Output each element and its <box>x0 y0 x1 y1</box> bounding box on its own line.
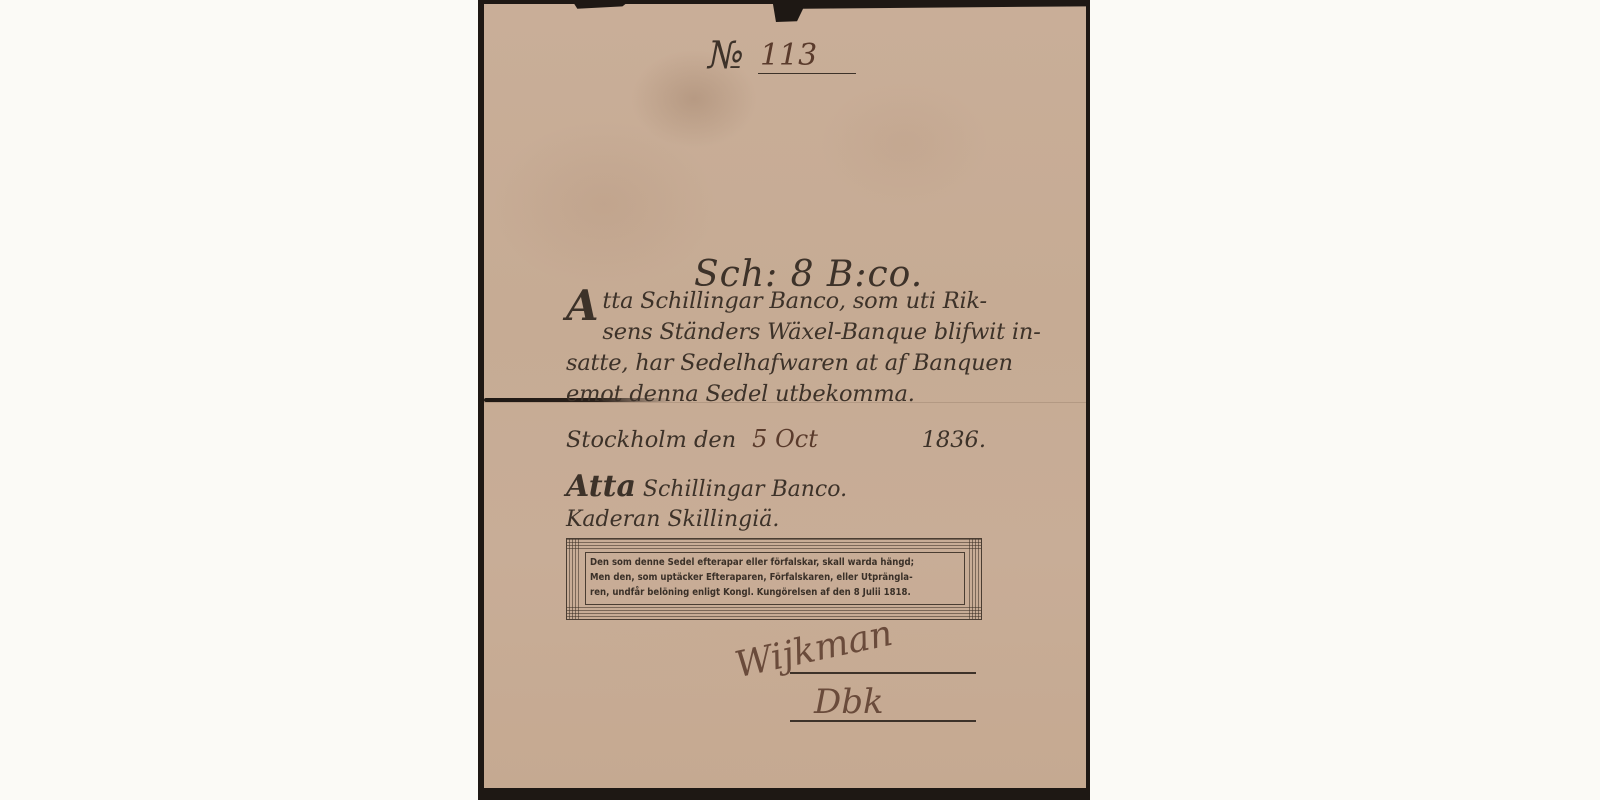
counterfeit-warning-box: Den som denne Sedel efterapar eller förf… <box>566 538 982 620</box>
issue-year: 1836. <box>922 427 986 453</box>
warning-line: Den som denne Sedel efterapar eller förf… <box>590 555 960 570</box>
place-date: Stockholm den 5 Oct 1836. <box>566 425 986 453</box>
amount-line-2: Kaderan Skillingiä. <box>566 505 847 535</box>
place-label: Stockholm den <box>566 427 736 453</box>
serial-number: № 113 <box>708 36 856 74</box>
amount-line-1: Atta Schillingar Banco. <box>566 472 847 505</box>
signature-line-2 <box>790 720 976 722</box>
body-line: sens Ständers Wäxel-Banque blifwit in- <box>566 317 996 348</box>
warning-text: Den som denne Sedel efterapar eller förf… <box>585 552 965 605</box>
warning-line: Men den, som uptäcker Efteraparen, Förfa… <box>590 570 960 585</box>
signature-line-1 <box>790 672 976 674</box>
warning-line: ren, undfår belöning enligt Kongl. Kungö… <box>590 585 960 600</box>
body-line: emot denna Sedel utbekomma. <box>566 379 996 410</box>
serial-prefix: № <box>708 36 744 74</box>
body-line: tta Schillingar Banco, som uti Rik- <box>566 286 996 317</box>
handwritten-date: 5 Oct <box>752 425 818 453</box>
signature-2: Dbk <box>814 682 884 722</box>
banknote-scan: № 113 Sch: 8 B:co. A tta Schillingar Ban… <box>478 0 1090 800</box>
amount-in-words: Atta Schillingar Banco. Kaderan Skilling… <box>566 472 847 535</box>
note-body-text: A tta Schillingar Banco, som uti Rik- se… <box>566 286 996 410</box>
body-line: satte, har Sedelhafwaren at af Banquen <box>566 348 996 379</box>
banknote-paper: № 113 Sch: 8 B:co. A tta Schillingar Ban… <box>484 4 1086 788</box>
amount-rest: Schillingar Banco. <box>636 477 847 502</box>
dropcap: A <box>566 286 598 326</box>
signature-1: Wijkman <box>731 613 896 686</box>
amount-word: Atta <box>566 469 636 504</box>
serial-value: 113 <box>758 41 856 74</box>
